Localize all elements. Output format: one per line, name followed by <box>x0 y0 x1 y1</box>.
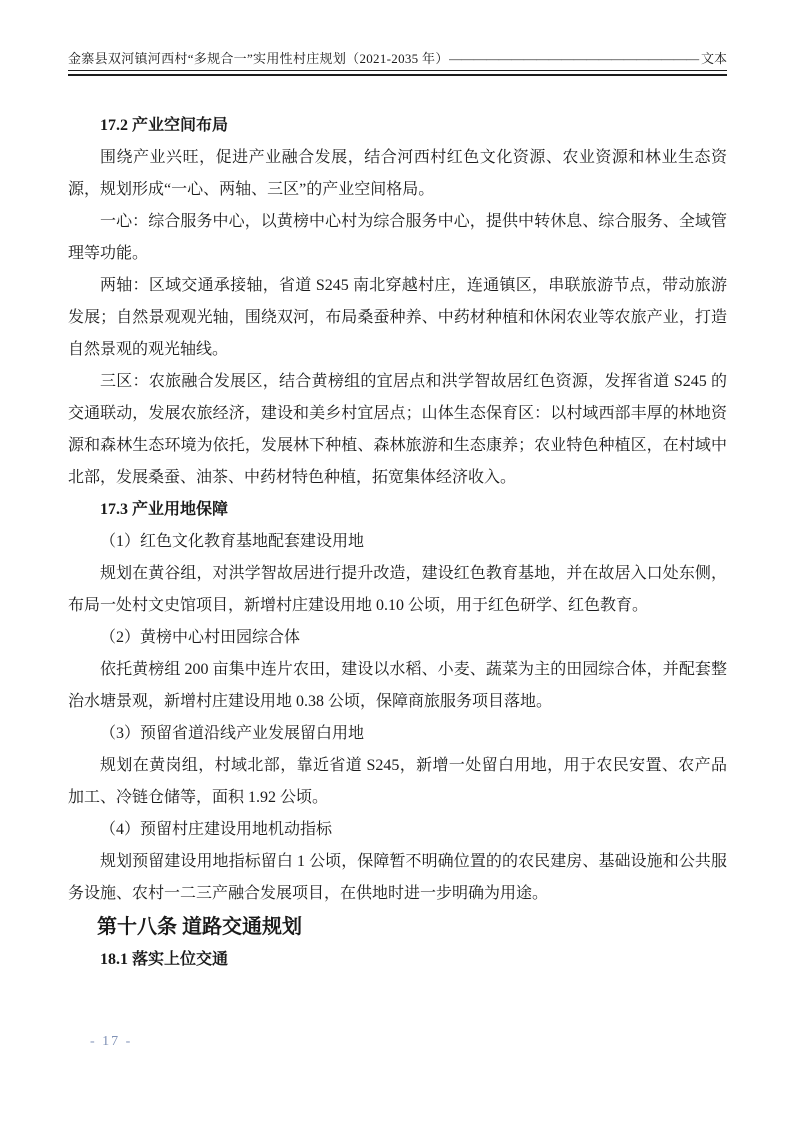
para-subitem-3-reserved-land: 规划在黄岗组，村域北部，靠近省道 S245，新增一处留白用地，用于农民安置、农产… <box>68 750 727 814</box>
para-one-center: 一心：综合服务中心，以黄榜中心村为综合服务中心，提供中转休息、综合服务、全域管理… <box>68 206 727 270</box>
page-header-line: 金寨县双河镇河西村“多规合一”实用性村庄规划（2021-2035 年） ————… <box>68 50 727 71</box>
subitem-3-title: （3）预留省道沿线产业发展留白用地 <box>68 718 727 750</box>
document-body: 17.2 产业空间布局 围绕产业兴旺，促进产业融合发展，结合河西村红色文化资源、… <box>68 110 727 976</box>
subitem-1-title: （1）红色文化教育基地配套建设用地 <box>68 526 727 558</box>
para-two-axes: 两轴：区域交通承接轴，省道 S245 南北穿越村庄，连通镇区，串联旅游节点，带动… <box>68 270 727 366</box>
header-doc-type-label: 文本 <box>701 50 727 68</box>
document-page: 金寨县双河镇河西村“多规合一”实用性村庄规划（2021-2035 年） ————… <box>0 0 794 1122</box>
subitem-2-title: （2）黄榜中心村田园综合体 <box>68 622 727 654</box>
para-subitem-4-flexible-quota: 规划预留建设用地指标留白 1 公顷，保障暂不明确位置的的农民建房、基础设施和公共… <box>68 846 727 910</box>
para-subitem-1-red-education-base: 规划在黄谷组，对洪学智故居进行提升改造，建设红色教育基地，并在故居入口处东侧，布… <box>68 558 727 622</box>
subitem-4-title: （4）预留村庄建设用地机动指标 <box>68 814 727 846</box>
page-footer: - 17 - <box>90 1034 132 1050</box>
section-heading-17-3: 17.3 产业用地保障 <box>68 494 727 526</box>
para-industry-layout-overview: 围绕产业兴旺，促进产业融合发展，结合河西村红色文化资源、农业资源和林业生态资源，… <box>68 142 727 206</box>
page-number: - 17 - <box>90 1034 132 1049</box>
header-dash-leader: ———————————————————— <box>449 50 701 68</box>
section-heading-17-2: 17.2 产业空间布局 <box>68 110 727 142</box>
para-three-zones: 三区：农旅融合发展区，结合黄榜组的宜居点和洪学智故居红色资源，发挥省道 S245… <box>68 366 727 494</box>
page-header: 金寨县双河镇河西村“多规合一”实用性村庄规划（2021-2035 年） ————… <box>68 50 727 76</box>
para-subitem-2-rural-complex: 依托黄榜组 200 亩集中连片农田，建设以水稻、小麦、蔬菜为主的田园综合体，并配… <box>68 654 727 718</box>
header-title: 金寨县双河镇河西村“多规合一”实用性村庄规划（2021-2035 年） <box>68 50 449 68</box>
section-heading-18-1: 18.1 落实上位交通 <box>68 944 727 976</box>
chapter-heading-18: 第十八条 道路交通规划 <box>68 910 727 944</box>
